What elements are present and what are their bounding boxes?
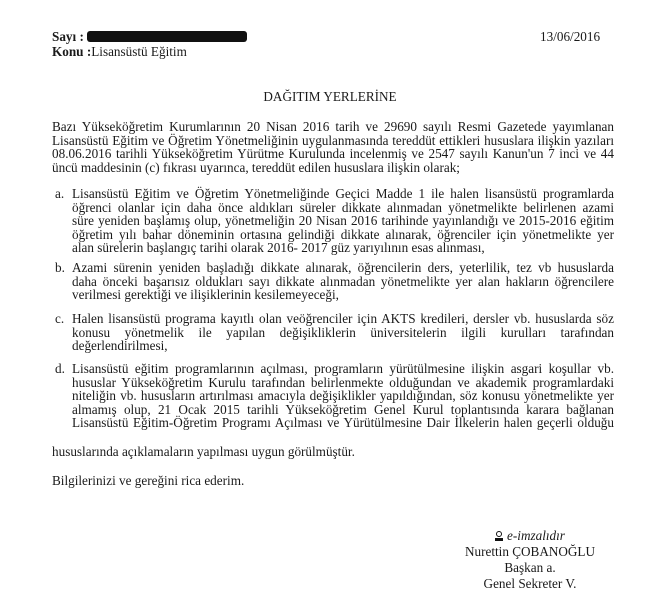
list-item-line: verilmesi gerektiği ve ilişiklerinin kes… [72,288,614,302]
document-number-label: Sayı : [52,29,84,44]
closing-line: hususlarında açıklamaların yapılması uyg… [52,444,355,460]
list-item-line: Lisansüstü Eğitim-Öğretim Programı Açılm… [72,416,614,430]
document-date: 13/06/2016 [540,29,600,45]
list-item-line: öğretim yılı bahar döneminin ortasına ge… [72,228,614,242]
list-item-line: öğrenci olanlar için daha önce aldıkları… [72,201,614,215]
e-signature-seal-icon [495,531,503,541]
list-item-line: alan sürelerin başlangıç tarihi olarak 2… [72,241,614,255]
list-item-line: almamış olup, 21 Ocak 2015 tarihli Yükse… [72,403,614,417]
intro-line: 08.06.2016 tarihli Yükseköğretim Yürütme… [52,147,614,161]
list-item-line: değerlendirilmesi, [72,339,614,353]
list-item-line: Lisansüstü Eğitim ve Öğretim Yönetmeliği… [72,187,614,201]
e-signature-line: e-imzalıdır [440,528,620,544]
list-item-line: hususlar Yükseköğretim Kurulu tarafından… [72,376,614,390]
list-item-d: d. Lisansüstü eğitim programlarının açıl… [72,362,614,430]
list-item-c: c. Halen lisansüstü programa kayıtlı ola… [72,312,614,353]
document-title: DAĞITIM YERLERİNE [0,89,660,105]
e-signature-label: e-imzalıdır [507,528,565,543]
list-item-line: niteliğin vb. hususların artırılması ama… [72,389,614,403]
list-item-line: Azami sürenin yeniden başladığı dikkate … [72,261,614,275]
list-marker: d. [55,362,65,376]
list-item-line: süre yeniden başlamış olup, yönetmeliğin… [72,214,614,228]
signatory-title: Başkan a. [440,560,620,576]
signature-block: e-imzalıdır Nurettin ÇOBANOĞLU Başkan a.… [440,528,620,592]
intro-paragraph: Bazı Yükseköğretim Kurumlarının 20 Nisan… [52,120,614,174]
list-item-line: Lisansüstü eğitim programlarının açılmas… [72,362,614,376]
list-marker: a. [55,187,64,201]
regards-line: Bilgilerinizi ve gereğini rica ederim. [52,473,244,489]
subject-value: Lisansüstü Eğitim [91,44,187,59]
signatory-role: Genel Sekreter V. [440,576,620,592]
intro-line: Bazı Yükseköğretim Kurumlarının 20 Nisan… [52,120,614,134]
list-marker: c. [55,312,64,326]
list-item-line: daha önceki başarısız oldukları sayı dik… [72,275,614,289]
list-item-line: Halen lisansüstü programa kayıtlı olan v… [72,312,614,326]
list-marker: b. [55,261,65,275]
intro-line: üncü maddesinin (c) fıkrası uyarınca, te… [52,161,614,175]
redacted-document-number [87,31,247,42]
signatory-name: Nurettin ÇOBANOĞLU [440,544,620,560]
list-item-line: konusu yönetmelik ile yapılan değişiklik… [72,326,614,340]
document-number-row: Sayı : [52,29,247,45]
list-item-b: b. Azami sürenin yeniden başladığı dikka… [72,261,614,302]
subject-row: Konu :Lisansüstü Eğitim [52,44,187,60]
list-item-a: a. Lisansüstü Eğitim ve Öğretim Yönetmel… [72,187,614,255]
subject-label: Konu : [52,44,91,59]
intro-line: Lisansüstü Eğitim ve Öğretim Yönetmeliği… [52,134,614,148]
